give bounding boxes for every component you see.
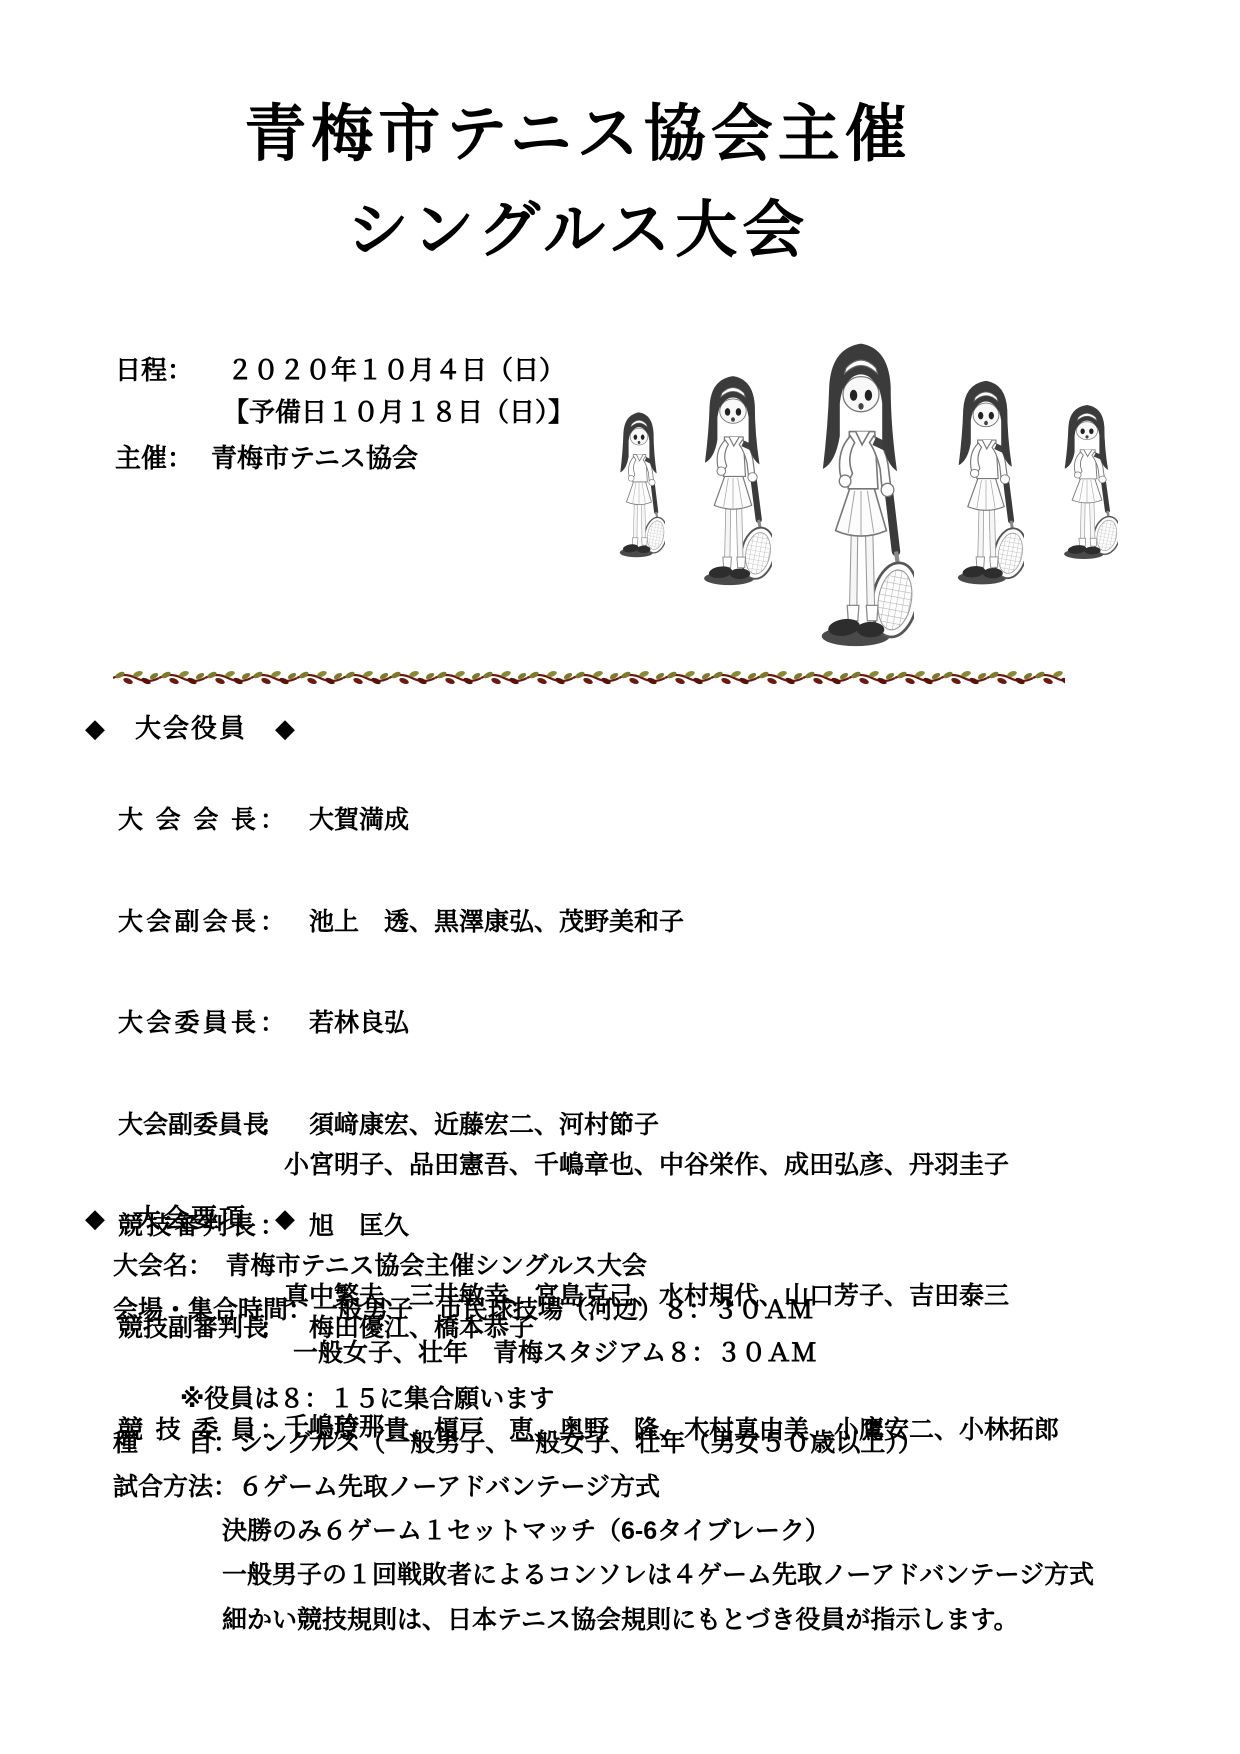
tennis-girl-illustration bbox=[1056, 396, 1118, 564]
official-row: 大会委員長：若林良弘 bbox=[118, 1003, 1059, 1047]
colon: ： bbox=[260, 1105, 285, 1141]
schedule-line: 日程：２０２０年１０月４日（日） bbox=[115, 350, 565, 387]
tournament-name-line: 大会名： 青梅市テニス協会主催シングルス大会 bbox=[113, 1246, 647, 1282]
tennis-girl-illustration bbox=[948, 369, 1024, 591]
schedule-value: ２０２０年１０月４日（日） bbox=[227, 355, 565, 385]
outline-section-heading: ◆ 大会要項 ◆ bbox=[85, 1198, 297, 1235]
venue-time-line: 会場・集合時間：一般男子 市民球技場（河辺）８：３０ＡＭ bbox=[113, 1290, 813, 1326]
reserve-date-line: 【予備日１０月１８日（日）】 bbox=[223, 392, 574, 429]
official-role: 大会副会長 bbox=[118, 902, 256, 938]
official-role: 大会会長 bbox=[118, 800, 256, 836]
official-names: 池上 透、黒澤康弘、茂野美和子 bbox=[309, 902, 684, 938]
staff-note-line: ※役員は８：１５に集合願います bbox=[180, 1379, 554, 1415]
page-title-line1: 青梅市テニス協会主催 bbox=[0, 84, 1198, 173]
official-row: 大会会長：大賀満成 bbox=[118, 800, 1059, 844]
match-format-line3: 一般男子の１回戦敗者によるコンソレは４ゲーム先取ノーアドバンテージ方式 bbox=[222, 1555, 1094, 1591]
committee-names-line: 小宮明子、品田憲吾、千嶋章也、中谷栄作、成田弘彦、丹羽圭子 bbox=[284, 1144, 1009, 1188]
official-role: 大会委員長 bbox=[118, 1003, 256, 1039]
organizer-label: 主催： bbox=[115, 443, 193, 473]
organizer-line: 主催：青梅市テニス協会 bbox=[115, 438, 418, 475]
official-role: 大会副委員長 bbox=[118, 1105, 256, 1141]
tennis-girl-illustration bbox=[694, 364, 772, 592]
schedule-label: 日程： bbox=[115, 355, 193, 385]
colon: ： bbox=[260, 1003, 285, 1039]
page-title-line2: シングルス大会 bbox=[0, 180, 1198, 269]
colon: ： bbox=[260, 902, 285, 938]
officials-section-heading: ◆ 大会役員 ◆ bbox=[85, 708, 297, 745]
organizer-value: 青梅市テニス協会 bbox=[211, 443, 418, 473]
official-names: 大賀満成 bbox=[309, 800, 409, 836]
colon: ： bbox=[260, 800, 285, 836]
tennis-girl-illustration bbox=[613, 404, 665, 562]
match-format-line: 試合方法：６ゲーム先取ノーアドバンテージ方式 bbox=[113, 1467, 660, 1503]
match-format-line2: 決勝のみ６ゲーム１セットマッチ（6-6タイブレーク） bbox=[222, 1511, 830, 1547]
tournament-flyer-page: 青梅市テニス協会主催 シングルス大会 日程：２０２０年１０月４日（日） 【予備日… bbox=[0, 0, 1240, 1754]
venue-time-line2: 一般女子、壮年 青梅スタジアム８：３０ＡＭ bbox=[293, 1333, 816, 1369]
vine-divider bbox=[113, 670, 1065, 688]
category-line: 種 目：シングルス（一般男子、一般女子、壮年（男女５０歳以上）） bbox=[113, 1423, 923, 1459]
tennis-girl-illustration bbox=[808, 326, 914, 656]
match-format-line4: 細かい競技規則は、日本テニス協会規則にもとづき役員が指示します。 bbox=[222, 1600, 1019, 1636]
official-row: 大会副会長：池上 透、黒澤康弘、茂野美和子 bbox=[118, 902, 1059, 946]
official-names: 若林良弘 bbox=[309, 1003, 409, 1039]
